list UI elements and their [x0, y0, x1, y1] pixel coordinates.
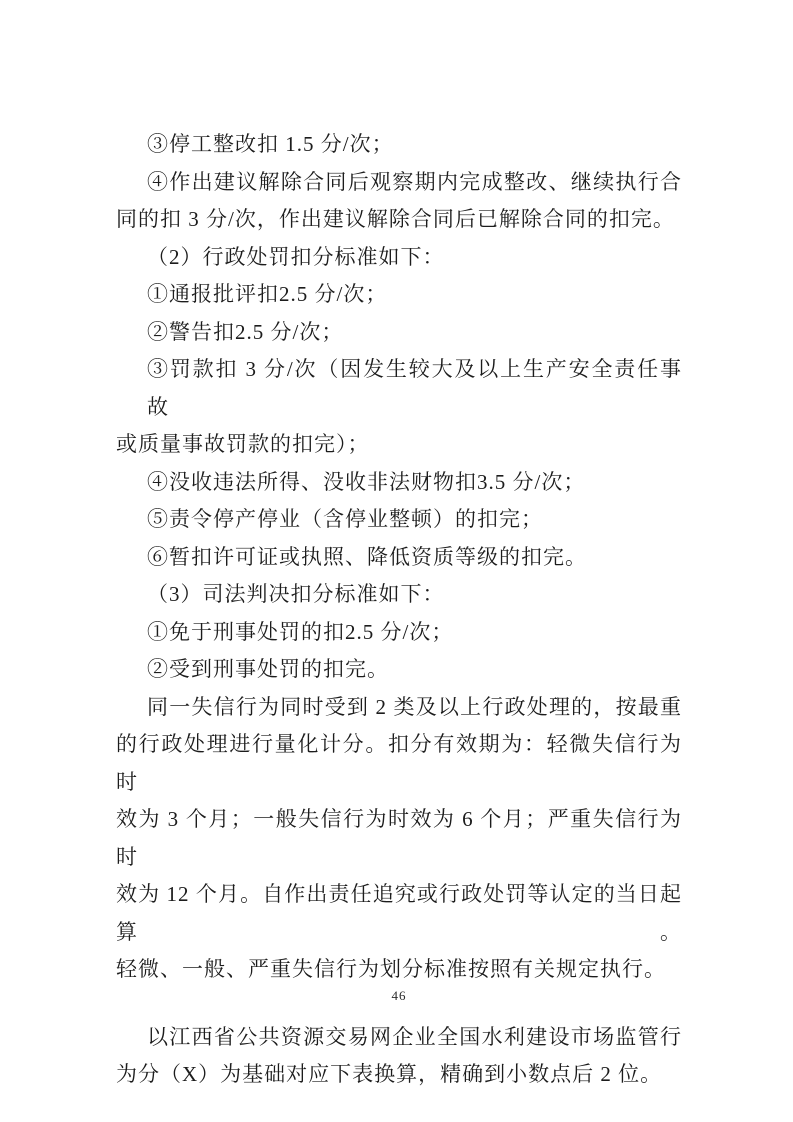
document-line: ⑥暂扣许可证或执照、降低资质等级的扣完。 — [116, 539, 682, 577]
document-page: ③停工整改扣 1.5 分/次； ④作出建议解除合同后观察期内完成整改、继续执行合… — [0, 0, 793, 1122]
document-line: 同的扣 3 分/次，作出建议解除合同后已解除合同的扣完。 — [116, 201, 682, 239]
document-line: ②受到刑事处罚的扣完。 — [116, 651, 682, 689]
document-line: 以江西省公共资源交易网企业全国水利建设市场监管行 — [116, 1019, 682, 1057]
document-line: 为分（X）为基础对应下表换算，精确到小数点后 2 位。 — [116, 1056, 682, 1094]
document-line: 或质量事故罚款的扣完）； — [116, 426, 682, 464]
document-line: ①免于刑事处罚的扣2.5 分/次； — [116, 614, 682, 652]
document-line: ④没收违法所得、没收非法财物扣3.5 分/次； — [116, 464, 682, 502]
document-line: 的行政处理进行量化计分。扣分有效期为：轻微失信行为时 — [116, 726, 682, 801]
document-line: （3）司法判决扣分标准如下： — [116, 576, 682, 614]
document-line: ②警告扣2.5 分/次； — [116, 314, 682, 352]
document-line: ③停工整改扣 1.5 分/次； — [116, 126, 682, 164]
document-line: 轻微、一般、严重失信行为划分标准按照有关规定执行。 — [116, 951, 682, 989]
page-number: 46 — [116, 988, 682, 1004]
document-line: 效为 3 个月；一般失信行为时效为 6 个月；严重失信行为时 — [116, 801, 682, 876]
document-line: 同一失信行为同时受到 2 类及以上行政处理的，按最重 — [116, 689, 682, 727]
document-line: ④作出建议解除合同后观察期内完成整改、继续执行合 — [116, 164, 682, 202]
document-line: 效为 12 个月。自作出责任追究或行政处罚等认定的当日起算。 — [116, 876, 682, 951]
document-line: （2）行政处罚扣分标准如下： — [116, 239, 682, 277]
document-line: ①通报批评扣2.5 分/次； — [116, 276, 682, 314]
document-line: ⑤责令停产停业（含停业整顿）的扣完； — [116, 501, 682, 539]
document-line: ③罚款扣 3 分/次（因发生较大及以上生产安全责任事故 — [116, 351, 682, 426]
document-body: ③停工整改扣 1.5 分/次； ④作出建议解除合同后观察期内完成整改、继续执行合… — [116, 126, 682, 1094]
